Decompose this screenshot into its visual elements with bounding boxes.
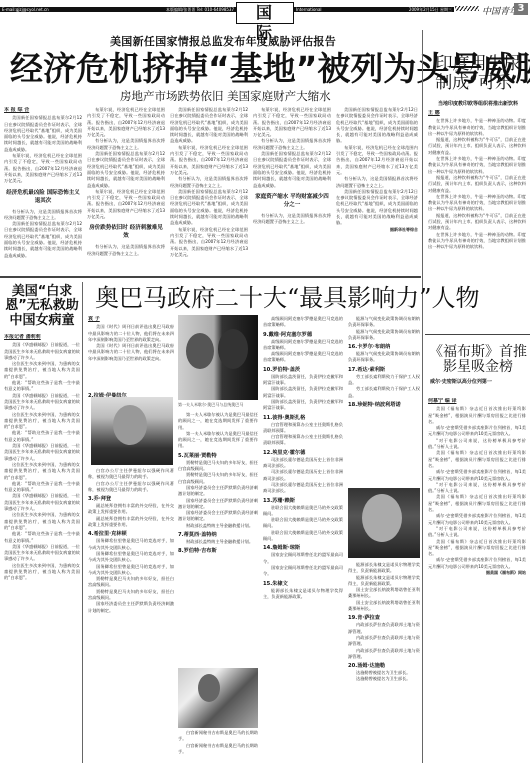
left-story-title: 美国“白求恩”无私救助中国女病童	[4, 285, 80, 328]
side-bottom-paragraph: “对于电影公司来说，这份榜单极具参考价值。”分析人士说。	[428, 438, 526, 451]
feature-item-title: 9.戴维·阿克塞尔罗德	[263, 331, 343, 339]
side-bottom-body: 何慕宁 编 译 美国《福布斯》杂志近日首次推出好莱坞影星“吸金榜”，根据演员片酬…	[428, 398, 526, 760]
feature-item-text: 国防部长盖茨留任，负责伊拉克撤军和阿富汗战事。	[263, 374, 343, 387]
lead-byline: 本 报 综 合	[4, 107, 82, 113]
lead-column-4: 布莱尔说，经济危机已经在全球范围内引发了不稳定，导致一些国家政局动荡。报告指出，…	[253, 107, 331, 271]
feature-item-text: 司法部长霍尔德是美国历史上首位非洲裔司法部长。	[263, 457, 343, 470]
feature-item-text: 贾勒特是奥巴马夫妇的多年好友，担任白宫高级顾问。	[178, 460, 258, 473]
lead-subhead-2: 房价跌势依旧时 经济刺激难见效	[87, 224, 165, 240]
header-left-bar: E-mail:gjzj@cyol.net.cn 本版编辑/张菁菁 Tel: 01…	[0, 7, 236, 12]
left-story-paragraph: 这位医生多次来到中国，为患病的女童提供免费治疗，被当地人称为美国的“白求恩”。	[4, 361, 80, 380]
photo-chu	[348, 488, 420, 558]
feature-item-text: 劳工部长索利斯致力于保护工人权益。	[348, 374, 420, 387]
left-story-paragraph: 美国《华盛顿邮报》日前报道，一位美国医生多年来无私救助中国女病童的故事感动了许多…	[4, 342, 80, 361]
feature-item-title: 13.苏珊·赖斯	[263, 497, 343, 505]
feature-item-text: 国防部长盖茨留任，负责伊拉克撤军和阿富汗战事。	[263, 386, 343, 399]
side-top-byline: 王 娜	[428, 110, 526, 116]
side-bottom-credit: 据美国《福布斯》网站	[428, 570, 526, 576]
lead-column-5: 美国新任国家情报总监布莱尔2月12日在参议院情报委员会作证时表示，全球经济危机已…	[336, 107, 418, 271]
feature-item-text: 能源部长朱棣文是诺贝尔物理学奖得主，负责新能源政策。	[348, 562, 420, 575]
left-story-paragraph: 美国《华盛顿邮报》日前报道，一位美国医生多年来无私救助中国女病童的故事感动了许多…	[4, 493, 80, 512]
left-story-paragraph: 他说：“帮助这些孩子是我一生中最有意义的事情。”	[4, 481, 80, 494]
left-story-paragraph: 美国《华盛顿邮报》日前报道，一位美国医生多年来无私救助中国女病童的故事感动了许多…	[4, 443, 80, 462]
feature-item-text: 国家安全顾问琼斯曾任北约盟军最高司令。	[263, 552, 343, 565]
side-bottom-paragraph: 威尔·史密斯凭借多部卖座影片位列榜首，每1美元片酬可为电影公司带来约10美元票房…	[428, 557, 526, 570]
lead-kicker: 美国新任国家情报总监发布年度威胁评估报告	[110, 33, 336, 49]
feature-item-text: 国务卿希拉里曾是奥巴马的竞选对手，如今成为其外交团队核心。	[88, 551, 174, 564]
lead-paragraph: 有分析认为，这是美国情报界首次将经济问题置于恐怖主义之上。	[87, 138, 165, 151]
feature-item-title: 7.蒂莫西·盖特纳	[178, 531, 258, 539]
feature-item-title: 18.珍妮特·纳波利塔诺	[348, 401, 420, 409]
header-section-en: International	[296, 7, 322, 12]
left-story-paragraph: 他说：“帮助这些孩子是我一生中最有意义的事情。”	[4, 531, 80, 544]
lead-credit: 据新华社等综合	[336, 227, 418, 233]
side-top-subtitle: 当地印度教印欧等组织将推出新饮料	[428, 100, 528, 107]
feature-item-text: 国家安全顾问琼斯曾任北约盟军最高司令。	[263, 565, 343, 578]
feature-intro: 美国《时代》周刊日前评选出奥巴马政府中最具影响力的二十位人物，他们将在未来四年中…	[88, 324, 174, 343]
left-story-body: 本报记者 潘莉莉 美国《华盛顿邮报》日前报道，一位美国医生多年来无私救助中国女病…	[4, 334, 80, 760]
left-story-paragraph: 这位医生多次来到中国，为患病的女童提供免费治疗，被当地人称为美国的“白求恩”。	[4, 563, 80, 582]
feature-item-text: 内政部长萨拉查负责联邦土地与资源管理。	[348, 635, 420, 648]
lead-column-2: 布莱尔说，经济危机已经在全球范围内引发了不稳定，导致一些国家政局动荡。报告指出，…	[87, 107, 165, 271]
feature-column-2: 第一夫人米歇尔被认为是奥巴马最信任的顾问之一，她在竞选期间发挥了重要作用。 第一…	[178, 412, 258, 602]
feature-item-text: 能源与气候变化政策协调员布朗纳负责环保事务。	[348, 351, 420, 364]
feature-item-text: 高级顾问阿克塞尔罗德是奥巴马竞选的首席策略师。	[263, 316, 343, 329]
feature-item-text: 驻联合国大使赖斯是奥巴马的外交政策顾问。	[263, 505, 343, 518]
feature-item-text: 财政部长盖特纳主导金融救援计划。	[178, 523, 258, 529]
side-bottom-paragraph: “对于电影公司来说，这份榜单极具参考价值。”分析人士说。	[428, 526, 526, 539]
feature-item-text: 国家经济委员会主任萨默斯负责经济刺激计划的制定。	[178, 485, 258, 498]
lead-paragraph: 有分析认为，这是美国情报界首次将经济问题置于恐怖主义之上。	[336, 176, 418, 189]
lead-paragraph: 美国新任国家情报总监布莱尔2月12日在参议院情报委员会作证时表示，全球经济危机已…	[336, 189, 418, 227]
lead-paragraph: 有分析认为，这是美国情报界首次将经济问题置于恐怖主义之上。	[87, 244, 165, 257]
lead-paragraph: 布莱尔说，经济危机已经在全球范围内引发了不稳定，导致一些国家政局动荡。报告指出，…	[87, 189, 165, 220]
feature-item-text: 国土安全部长纳波利塔诺曾任亚利桑那州州长。	[348, 587, 420, 600]
left-story-paragraph: 这位医生多次来到中国，为患病的女童提供免费治疗，被当地人称为美国的“白求恩”。	[4, 512, 80, 531]
feature-item-text: 白宫办公厅主任伊曼纽尔以强硬作风著称，被视为奥巴马最得力的助手。	[88, 468, 174, 481]
hatch-decoration	[455, 6, 479, 11]
feature-item-text: 白宫管理和预算办公室主任奥斯扎格负责联邦预算。	[263, 434, 343, 447]
photo-face	[218, 329, 248, 369]
feature-item-title: 16.卡罗尔·布朗纳	[348, 343, 420, 351]
feature-column-1b: 白宫办公厅主任伊曼纽尔以强硬作风著称，被视为奥巴马最得力的助手。 白宫办公厅主任…	[88, 468, 174, 761]
feature-item-text: 国家经济委员会主任萨默斯负责经济刺激计划的制定。	[178, 498, 258, 511]
feature-item-title: 10.罗伯特·盖茨	[263, 366, 343, 374]
lead-paragraph: 美国新任国家情报总监布莱尔2月12日在参议院情报委员会作证时表示，全球经济危机已…	[170, 107, 248, 145]
side-bottom-paragraph: 威尔·史密斯凭借多部卖座影片位列榜首，每1美元片酬可为电影公司带来约10美元票房…	[428, 513, 526, 526]
feature-item-title: 20.汤姆·达施勒	[348, 662, 420, 670]
feature-item-title: 3.乔·拜登	[88, 495, 174, 503]
side-top-paragraph: 在世界上许多地方，牛是一种神圣的动物。印度教徒认为牛尿具有神奇的疗效，当地宗教组…	[428, 232, 526, 251]
lead-paragraph: 美国新任国家情报总监布莱尔2月12日在参议院情报委员会作证时表示，全球经济危机已…	[170, 189, 248, 227]
side-bottom-paragraph: 美国《福布斯》杂志近日首次推出好莱坞影星“吸金榜”，根据演员片酬与票房回报之比进…	[428, 450, 526, 469]
photo-geithner	[178, 668, 258, 728]
side-bottom-paragraph: 美国《福布斯》杂志近日首次推出好莱坞影星“吸金榜”，根据演员片酬与票房回报之比进…	[428, 539, 526, 558]
lead-paragraph: 布莱尔说，经济危机已经在全球范围内引发了不稳定，导致一些国家政局动荡。报告指出，…	[4, 153, 82, 184]
feature-column-4: 能源与气候变化政策协调员布朗纳负责环保事务。 能源与气候变化政策协调员布朗纳负责…	[348, 316, 420, 486]
header-right-bar: International 2009年2月15日 星期三	[294, 7, 454, 12]
feature-column-3: 高级顾问阿克塞尔罗德是奥巴马竞选的首席策略师。 9.戴维·阿克塞尔罗德 高级顾问…	[263, 316, 343, 761]
feature-byline: 袁 子	[88, 316, 174, 322]
page-number: 3	[514, 3, 528, 15]
feature-item-text: 第一夫人米歇尔被认为是奥巴马最信任的顾问之一，她在竞选期间发挥了重要作用。	[178, 412, 258, 431]
feature-item-text: 高级顾问阿克塞尔罗德是奥巴马竞选的首席策略师。	[263, 339, 343, 352]
feature-item-text: 内政部长萨拉查负责联邦土地与资源管理。	[348, 622, 420, 635]
feature-item-text: 能源部长朱棣文是诺贝尔物理学奖得主，负责新能源政策。	[348, 575, 420, 588]
feature-item-text: 财政部长盖特纳主导金融救援计划。	[178, 539, 258, 545]
left-story-byline: 本报记者 潘莉莉	[4, 334, 80, 340]
photo-face	[198, 674, 220, 702]
side-bottom-paragraph: 威尔·史密斯凭借多部卖座影片位列榜首，每1美元片酬可为电影公司带来约10美元票房…	[428, 469, 526, 482]
side-top-title: 印度用牛尿制成“可乐”	[430, 55, 526, 92]
lead-paragraph: 布莱尔说，经济危机已经在全球范围内引发了不稳定，导致一些国家政局动荡。报告指出，…	[170, 227, 248, 258]
feature-headline: 奥巴马政府二十大“最具影响力”人物	[95, 283, 480, 313]
feature-item-title: 15.朱棣文	[263, 580, 343, 588]
feature-item-text: 副总统拜登拥有丰富的外交经验，在外交政策上发挥重要作用。	[88, 503, 174, 516]
feature-item-text: 达施勒曾被提名为卫生部长。	[348, 676, 420, 682]
feature-item-text: 国务卿希拉里曾是奥巴马的竞选对手，如今成为其外交团队核心。	[88, 564, 174, 577]
feature-item-text: 能源部长朱棣文是诺贝尔物理学奖得主，负责新能源政策。	[263, 588, 343, 601]
left-story-paragraph: 美国《华盛顿邮报》日前报道，一位美国医生多年来无私救助中国女病童的故事感动了许多…	[4, 393, 80, 412]
lead-paragraph: 美国新任国家情报总监布莱尔2月12日在参议院情报委员会作证时表示，全球经济危机已…	[4, 115, 82, 153]
feature-item-text: 国家经济委员会主任萨默斯负责经济刺激计划的制定。	[178, 510, 258, 523]
left-column-divider	[82, 282, 83, 763]
side-top-paragraph: 据报道，这种饮料被称为“牛可乐”，目前正在进行试验，预计年内上市。组织负责人表示…	[428, 175, 526, 194]
left-story-paragraph: 他说：“帮助这些孩子是我一生中最有意义的事情。”	[4, 380, 80, 393]
photo-face	[113, 405, 147, 445]
photo-face	[186, 333, 214, 369]
lead-subhead-1: 经济危机最凶险 国际恐怖主义退其次	[4, 189, 82, 205]
lead-paragraph: 有分析认为，这是美国情报界首次将经济问题置于恐怖主义之上。	[170, 176, 248, 189]
feature-item-title: 5.瓦莱丽·贾勒特	[178, 452, 258, 460]
lead-story-divider	[0, 276, 421, 278]
side-top-paragraph: 在世界上许多地方，牛是一种神圣的动物。印度教徒认为牛尿具有神奇的疗效，当地宗教组…	[428, 156, 526, 175]
side-divider	[425, 334, 530, 335]
lead-paragraph: 布莱尔说，经济危机已经在全球范围内引发了不稳定，导致一些国家政局动荡。报告指出，…	[87, 107, 165, 138]
feature-item-title: 11.彼得·奥斯扎格	[263, 414, 343, 422]
section-title: 国 际	[236, 2, 294, 24]
lead-paragraph: 美国新任国家情报总监布莱尔2月12日在参议院情报委员会作证时表示，全球经济危机已…	[4, 221, 82, 259]
lead-paragraph: 有分析认为，这是美国情报界首次将经济问题置于恐怖主义之上。	[253, 138, 331, 151]
side-top-paragraph: 在世界上许多地方，牛是一种神圣的动物。印度教徒认为牛尿具有神奇的疗效，当地宗教组…	[428, 194, 526, 213]
left-story-paragraph: 这位医生多次来到中国，为患病的女童提供免费治疗，被当地人称为美国的“白求恩”。	[4, 412, 80, 431]
caption-obama-couple: 第一夫人米歇尔·奥巴马与总统奥巴马	[178, 402, 258, 408]
lead-paragraph: 美国新任国家情报总监布莱尔2月12日在参议院情报委员会作证时表示，全球经济危机已…	[253, 151, 331, 189]
side-bottom-paragraph: 美国《福布斯》杂志近日首次推出好莱坞影星“吸金榜”，根据演员片酬与票房回报之比进…	[428, 494, 526, 513]
feature-item-text: 能源与气候变化政策协调员布朗纳负责环保事务。	[348, 316, 420, 329]
feature-item-text: 贾勒特是奥巴马夫妇的多年好友，担任白宫高级顾问。	[178, 472, 258, 485]
feature-item-title: 17.希达·索利斯	[348, 366, 420, 374]
side-bottom-byline: 何慕宁 编 译	[428, 398, 526, 404]
side-bottom-paragraph: 威尔·史密斯凭借多部卖座影片位列榜首，每1美元片酬可为电影公司带来约10美元票房…	[428, 425, 526, 438]
feature-item-title: 8.罗伯特·吉布斯	[178, 547, 258, 555]
feature-item-text: 能源与气候变化政策协调员布朗纳负责环保事务。	[348, 329, 420, 342]
lead-paragraph: 布莱尔说，经济危机已经在全球范围内引发了不稳定，导致一些国家政局动荡。报告指出，…	[170, 145, 248, 176]
lead-column-1: 本 报 综 合 美国新任国家情报总监布莱尔2月12日在参议院情报委员会作证时表示…	[4, 107, 82, 271]
side-bottom-title: 《福布斯》首推影星吸金榜	[428, 345, 528, 376]
lead-paragraph: 美国新任国家情报总监布莱尔2月12日在参议院情报委员会作证时表示，全球经济危机已…	[87, 151, 165, 189]
feature-column-2b: 白宫新闻秘书吉布斯是奥巴马的长期助手。 白宫新闻秘书吉布斯是奥巴马的长期助手。	[178, 730, 258, 760]
left-story-paragraph: 这位医生多次来到中国，为患病的女童提供免费治疗，被当地人称为美国的“白求恩”。	[4, 462, 80, 481]
header-date: 2009年2月15日 星期三	[409, 7, 452, 12]
feature-item-text: 司法部长霍尔德是美国历史上首位非洲裔司法部长。	[263, 482, 343, 495]
photo-face	[362, 494, 402, 542]
side-top-paragraph: 据报道，这种饮料被称为“牛可乐”，目前正在进行试验，预计年内上市。组织负责人表示…	[428, 213, 526, 232]
feature-item-text: 白宫新闻秘书吉布斯是奥巴马的长期助手。	[178, 730, 258, 743]
feature-item-text: 白宫新闻秘书吉布斯是奥巴马的长期助手。	[178, 743, 258, 756]
feature-item-text: 驻联合国大使赖斯是奥巴马的外交政策顾问。	[263, 530, 343, 543]
lead-paragraph: 有分析认为，这是美国情报界首次将经济问题置于恐怖主义之上。	[4, 209, 82, 222]
side-top-paragraph: 在世界上许多地方，牛是一种神圣的动物。印度教徒认为牛尿具有神奇的疗效，当地宗教组…	[428, 118, 526, 137]
feature-item-text: 白宫管理和预算办公室主任奥斯扎格负责联邦预算。	[263, 422, 343, 435]
photo-emanuel	[91, 397, 173, 465]
feature-item-text: 内政部长萨拉查负责联邦土地与资源管理。	[348, 648, 420, 661]
lead-subhead-3: 家庭资产缩水 平均财富减少四分之一	[253, 193, 331, 209]
feature-item-text: 副总统拜登拥有丰富的外交经验，在外交政策上发挥重要作用。	[88, 516, 174, 529]
side-bottom-paragraph: 美国《福布斯》杂志近日首次推出好莱坞影星“吸金榜”，根据演员片酬与票房回报之比进…	[428, 406, 526, 425]
feature-intro: 美国《时代》周刊日前评选出奥巴马政府中最具影响力的二十位人物，他们将在未来四年中…	[88, 343, 174, 362]
feature-item-text: 高级顾问阿克塞尔罗德是奥巴马竞选的首席策略师。	[263, 351, 343, 364]
side-top-paragraph: 据报道，这种饮料被称为“牛可乐”，目前正在进行试验，预计年内上市。组织负责人表示…	[428, 137, 526, 156]
feature-item-text: 国土安全部长纳波利塔诺曾任亚利桑那州州长。	[348, 600, 420, 613]
left-story-paragraph: 美国《华盛顿邮报》日前报道，一位美国医生多年来无私救助中国女病童的故事感动了许多…	[4, 544, 80, 563]
side-bottom-subtitle: 威尔·史密斯以高分位列第一	[430, 378, 526, 385]
left-story-paragraph: 他说：“帮助这些孩子是我一生中最有意义的事情。”	[4, 430, 80, 443]
feature-item-text: 第一夫人米歇尔被认为是奥巴马最信任的顾问之一，她在竞选期间发挥了重要作用。	[178, 431, 258, 450]
feature-item-text: 驻联合国大使赖斯是奥巴马的外交政策顾问。	[263, 517, 343, 530]
feature-item-text: 贾勒特是奥巴马夫妇的多年好友，担任白宫高级顾问。	[88, 576, 174, 589]
sidebar-divider	[422, 30, 423, 763]
feature-item-text: 国防部长盖茨留任，负责伊拉克撤军和阿富汗战事。	[263, 399, 343, 412]
lead-paragraph: 布莱尔说，经济危机已经在全球范围内引发了不稳定，导致一些国家政局动荡。报告指出，…	[336, 145, 418, 176]
feature-item-title: 12.埃里克·霍尔德	[263, 449, 343, 457]
photo-obama-couple	[178, 315, 258, 400]
feature-item-text: 国务卿希拉里曾是奥巴马的竞选对手，如今成为其外交团队核心。	[88, 538, 174, 551]
feature-item-text: 劳工部长索利斯致力于保护工人权益。	[348, 386, 420, 399]
feature-item-text: 国家经济委员会主任萨默斯负责经济刺激计划的制定。	[88, 601, 174, 614]
feature-item-text: 白宫办公厅主任伊曼纽尔以强硬作风著称，被视为奥巴马最得力的助手。	[88, 481, 174, 494]
lead-paragraph: 美国新任国家情报总监布莱尔2月12日在参议院情报委员会作证时表示，全球经济危机已…	[336, 107, 418, 145]
header-editor-info: 本版编辑/张菁菁 Tel: 010-64098537	[166, 7, 234, 12]
lead-paragraph: 有分析认为，这是美国情报界首次将经济问题置于恐怖主义之上。	[253, 213, 331, 226]
header-email: E-mail:gjzj@cyol.net.cn	[2, 7, 49, 12]
feature-item-text: 司法部长霍尔德是美国历史上首位非洲裔司法部长。	[263, 469, 343, 482]
feature-column-4b: 能源部长朱棣文是诺贝尔物理学奖得主，负责新能源政策。 能源部长朱棣文是诺贝尔物理…	[348, 562, 420, 762]
lead-subhead: 房地产市场跌势依旧 美国家庭财产大缩水	[120, 88, 331, 104]
feature-item-text: 贾勒特是奥巴马夫妇的多年好友，担任白宫高级顾问。	[88, 589, 174, 602]
lead-paragraph: 布莱尔说，经济危机已经在全球范围内引发了不稳定，导致一些国家政局动荡。报告指出，…	[253, 107, 331, 138]
side-bottom-paragraph: “对于电影公司来说，这份榜单极具参考价值。”分析人士说。	[428, 482, 526, 495]
lead-column-3: 美国新任国家情报总监布莱尔2月12日在参议院情报委员会作证时表示，全球经济危机已…	[170, 107, 248, 271]
